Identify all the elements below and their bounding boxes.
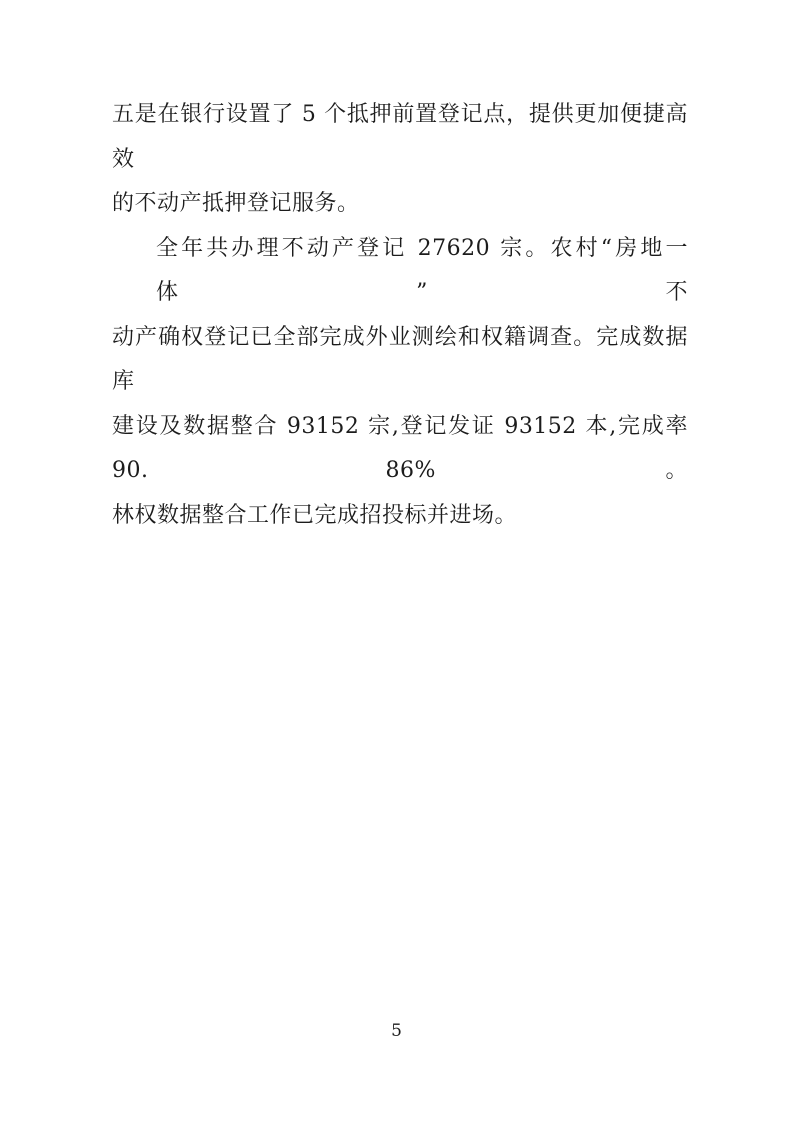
page-number: 5 bbox=[0, 1021, 793, 1041]
paragraph-2-line-1: 全年共办理不动产登记 27620 宗。农村“房地一体”不 bbox=[112, 227, 688, 316]
paragraph-2-line-3: 建设及数据整合 93152 宗,登记发证 93152 本,完成率 90. 86%… bbox=[112, 405, 688, 494]
paragraph-1-line-2: 的不动产抵押登记服务。 bbox=[112, 182, 688, 227]
text-body: 五是在银行设置了 5 个抵押前置登记点，提供更加便捷高效 的不动产抵押登记服务。… bbox=[112, 93, 688, 538]
paragraph-2-line-4: 林权数据整合工作已完成招投标并进场。 bbox=[112, 494, 688, 539]
paragraph-1-line-1: 五是在银行设置了 5 个抵押前置登记点，提供更加便捷高效 bbox=[112, 93, 688, 182]
document-page: 五是在银行设置了 5 个抵押前置登记点，提供更加便捷高效 的不动产抵押登记服务。… bbox=[0, 0, 793, 1122]
paragraph-2-line-2: 动产确权登记已全部完成外业测绘和权籍调查。完成数据库 bbox=[112, 316, 688, 405]
